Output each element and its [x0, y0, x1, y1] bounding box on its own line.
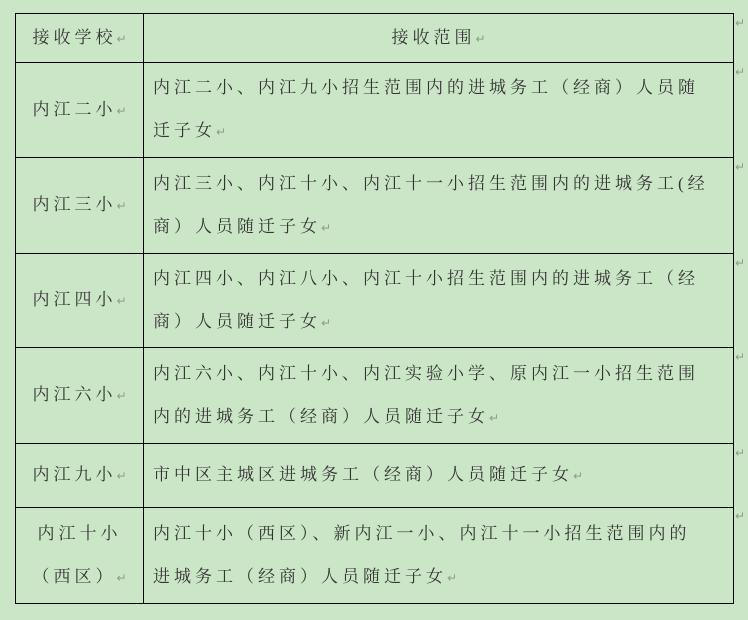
school-cell: 内江三小↵: [16, 158, 144, 254]
scope-cell: 市中区主城区进城务工（经商）人员随迁子女↵: [144, 444, 734, 508]
scope-text: 内江三小、内江十小、内江十一小招生范围内的进城务工(经 商）人员随迁子女: [153, 174, 709, 236]
paragraph-mark-icon: ↵: [116, 104, 126, 118]
header-school-label: 接收学校: [32, 28, 116, 47]
scope-text: 内江四小、内江八小、内江十小招生范围内的进城务工（经 商）人员随迁子女: [153, 269, 699, 331]
paragraph-mark-icon: ↵: [321, 316, 331, 330]
paragraph-mark-icon: ↵: [116, 199, 126, 213]
paragraph-mark-icon: ↵: [116, 32, 126, 46]
table-header-row: 接收学校↵ 接收范围↵: [16, 14, 734, 63]
school-name: 内江二小: [32, 100, 116, 119]
row-end-mark-icon: ↵: [735, 257, 745, 269]
scope-text: 内江二小、内江九小招生范围内的进城务工（经商）人员随 迁子女: [153, 78, 699, 140]
school-name: 内江四小: [32, 290, 116, 309]
scope-text: 内江六小、内江十小、内江实验小学、原内江一小招生范围 内的进城务工（经商）人员随…: [153, 364, 699, 426]
scope-text: 内江十小（西区）、新内江一小、内江十一小招生范围内的 进城务工（经商）人员随迁子…: [153, 524, 691, 586]
header-scope-cell: 接收范围↵: [144, 14, 734, 63]
table-row: 内江二小↵ 内江二小、内江九小招生范围内的进城务工（经商）人员随 迁子女↵: [16, 63, 734, 158]
paragraph-mark-icon: ↵: [216, 125, 226, 139]
header-scope-label: 接收范围: [391, 28, 475, 47]
header-school-cell: 接收学校↵: [16, 14, 144, 63]
table-row: 内江四小↵ 内江四小、内江八小、内江十小招生范围内的进城务工（经 商）人员随迁子…: [16, 254, 734, 348]
paragraph-mark-icon: ↵: [321, 221, 331, 235]
paragraph-mark-icon: ↵: [116, 294, 126, 308]
school-cell: 内江六小↵: [16, 348, 144, 444]
scope-cell: 内江二小、内江九小招生范围内的进城务工（经商）人员随 迁子女↵: [144, 63, 734, 158]
row-end-mark-icon: ↵: [735, 161, 745, 173]
paragraph-mark-icon: ↵: [447, 571, 457, 585]
table-row: 内江三小↵ 内江三小、内江十小、内江十一小招生范围内的进城务工(经 商）人员随迁…: [16, 158, 734, 254]
school-cell: 内江四小↵: [16, 254, 144, 348]
paragraph-mark-icon: ↵: [116, 389, 126, 403]
school-name: 内江三小: [32, 195, 116, 214]
scope-cell: 内江四小、内江八小、内江十小招生范围内的进城务工（经 商）人员随迁子女↵: [144, 254, 734, 348]
document-page: 接收学校↵ 接收范围↵ 内江二小↵ 内江二小、内江九小招生范围内的进城务工（经商…: [0, 0, 748, 620]
paragraph-mark-icon: ↵: [116, 571, 126, 585]
table-row: 内江六小↵ 内江六小、内江十小、内江实验小学、原内江一小招生范围 内的进城务工（…: [16, 348, 734, 444]
scope-cell: 内江六小、内江十小、内江实验小学、原内江一小招生范围 内的进城务工（经商）人员随…: [144, 348, 734, 444]
scope-cell: 内江十小（西区）、新内江一小、内江十一小招生范围内的 进城务工（经商）人员随迁子…: [144, 508, 734, 604]
row-end-mark-icon: ↵: [735, 66, 745, 78]
paragraph-mark-icon: ↵: [116, 469, 126, 483]
school-name: 内江六小: [32, 385, 116, 404]
school-cell: 内江十小 （西区）↵: [16, 508, 144, 604]
school-allocation-table: 接收学校↵ 接收范围↵ 内江二小↵ 内江二小、内江九小招生范围内的进城务工（经商…: [15, 13, 734, 604]
paragraph-mark-icon: ↵: [573, 469, 583, 483]
table-row: 内江十小 （西区）↵ 内江十小（西区）、新内江一小、内江十一小招生范围内的 进城…: [16, 508, 734, 604]
school-cell: 内江二小↵: [16, 63, 144, 158]
row-end-mark-icon: ↵: [735, 510, 745, 522]
paragraph-mark-icon: ↵: [489, 411, 499, 425]
table-row: 内江九小↵ 市中区主城区进城务工（经商）人员随迁子女↵: [16, 444, 734, 508]
row-end-mark-icon: ↵: [735, 351, 745, 363]
scope-cell: 内江三小、内江十小、内江十一小招生范围内的进城务工(经 商）人员随迁子女↵: [144, 158, 734, 254]
school-name: 内江九小: [32, 465, 116, 484]
scope-text: 市中区主城区进城务工（经商）人员随迁子女: [153, 465, 573, 484]
row-end-mark-icon: ↵: [735, 447, 745, 459]
school-cell: 内江九小↵: [16, 444, 144, 508]
school-name: 内江十小 （西区）: [32, 524, 121, 586]
paragraph-mark-icon: ↵: [475, 32, 485, 46]
row-end-mark-icon: ↵: [735, 17, 745, 29]
